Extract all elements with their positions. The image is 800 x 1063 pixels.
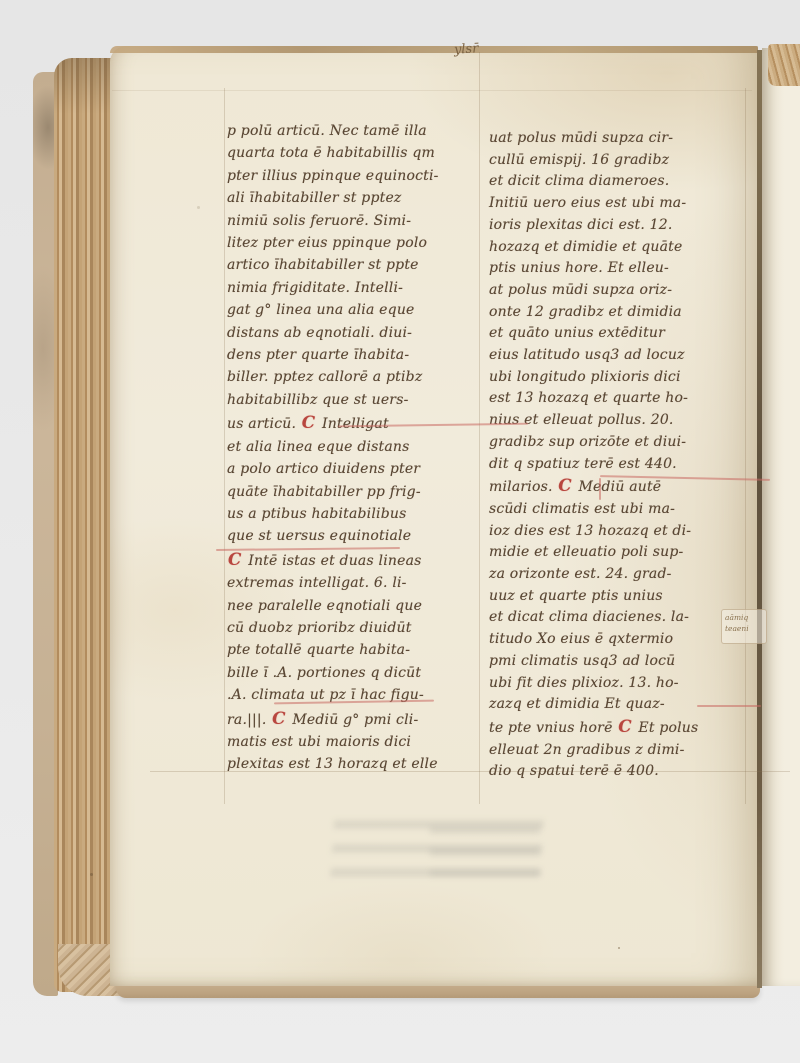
text-line: nee paralelle eqnotiali que bbox=[227, 595, 473, 617]
text-line: a polo artico diuidens pter bbox=[227, 458, 473, 480]
text-line: et quāto unius extēditur bbox=[489, 323, 751, 345]
text-line: nimiū solis feruorē. Simi- bbox=[227, 210, 473, 232]
text-line: gradibz sup orizōte et diui- bbox=[489, 432, 751, 454]
rubric-capitulum-mark: C bbox=[617, 716, 634, 736]
ruling-line-vertical-left bbox=[224, 88, 225, 804]
text-line: plexitas est 13 horazq et elle bbox=[227, 753, 473, 775]
parchment-speck bbox=[618, 947, 620, 949]
text-column-left: p polū articū. Nec tamē illaquarta tota … bbox=[227, 120, 473, 776]
rubric-capitulum-mark: C bbox=[271, 708, 288, 728]
text-line: dit q spatiuz terē est 440. bbox=[489, 454, 751, 476]
text-line: ioz dies est 13 hozazq et di- bbox=[489, 521, 751, 543]
text-line: quarta tota ē habitabillis qm bbox=[227, 142, 473, 164]
text-line: dens pter quarte īhabita- bbox=[227, 344, 473, 366]
marginal-note: aāmiq teaeni bbox=[721, 609, 767, 644]
text-line: et dicit clima diameroes. bbox=[489, 171, 751, 193]
text-line: et alia linea eque distans bbox=[227, 436, 473, 458]
text-line: p polū articū. Nec tamē illa bbox=[227, 120, 473, 142]
ruling-line-vertical-intercolumn bbox=[479, 52, 480, 804]
text-line: cullū emispij. 16 gradibz bbox=[489, 150, 751, 172]
text-line: pmi climatis usq3 ad locū bbox=[489, 651, 751, 673]
text-line: eius latitudo usq3 ad locuz bbox=[489, 345, 751, 367]
rubric-capitulum-mark: C bbox=[301, 412, 318, 432]
text-line: habitabillibz que st uers- bbox=[227, 389, 473, 411]
show-through-text bbox=[430, 826, 540, 876]
text-line: onte 12 gradibz et dimidia bbox=[489, 302, 751, 324]
rubric-underline bbox=[697, 705, 761, 707]
manuscript-photo: ylsr̄ p polū articū. Nec tamē illaquarta… bbox=[0, 0, 800, 1063]
parchment-speck bbox=[90, 873, 93, 876]
text-line: bille ī .A. portiones q dicūt bbox=[227, 662, 473, 684]
text-line: pte totallē quarte habita- bbox=[227, 639, 473, 661]
text-line: et dicat clima diacienes. la- bbox=[489, 607, 751, 629]
text-line: cū duobz prioribz diuidūt bbox=[227, 617, 473, 639]
text-line: extremas intelligat. 6. li- bbox=[227, 572, 473, 594]
text-line: us a ptibus habitabilibus bbox=[227, 503, 473, 525]
text-line: te pte vnius horē C Et polus bbox=[489, 716, 751, 740]
text-line: uuz et quarte ptis unius bbox=[489, 586, 751, 608]
text-line: ioris plexitas dici est. 12. bbox=[489, 215, 751, 237]
text-line: elleuat 2n gradibus z dimi- bbox=[489, 740, 751, 762]
page-fore-edge-stack bbox=[54, 58, 116, 992]
text-line: at polus mūdi supza oriz- bbox=[489, 280, 751, 302]
text-line: artico īhabitabiller st ppte bbox=[227, 254, 473, 276]
quire-mark: ylsr̄ bbox=[454, 41, 479, 57]
rubric-underline bbox=[599, 478, 601, 500]
text-column-right: uat polus mūdi supza cir-cullū emispij. … bbox=[489, 128, 751, 783]
ruling-line-horizontal-top bbox=[112, 90, 752, 91]
text-line: gat g° linea una alia eque bbox=[227, 299, 473, 321]
text-line: .A. climata ut pz ī hac figu- bbox=[227, 684, 473, 706]
text-line: que st uersus equinotiale bbox=[227, 525, 473, 547]
text-line: za orizonte est. 24. grad- bbox=[489, 564, 751, 586]
facing-page-edge-top bbox=[768, 44, 800, 86]
text-line: nius et elleuat pollus. 20. bbox=[489, 410, 751, 432]
text-line: pter illius ppinque equinocti- bbox=[227, 165, 473, 187]
text-line: est 13 hozazq et quarte ho- bbox=[489, 388, 751, 410]
text-line: titudo Xo eius ē qxtermio bbox=[489, 629, 751, 651]
text-line: uat polus mūdi supza cir- bbox=[489, 128, 751, 150]
text-line: Initiū uero eius est ubi ma- bbox=[489, 193, 751, 215]
text-line: scūdi climatis est ubi ma- bbox=[489, 499, 751, 521]
facing-page-sliver bbox=[762, 48, 800, 986]
marginal-note-line: aāmiq bbox=[725, 612, 765, 623]
text-line: biller. pptez callorē a ptibz bbox=[227, 366, 473, 388]
marginal-note-line: teaeni bbox=[725, 623, 765, 634]
text-line: ubi fit dies plixioz. 13. ho- bbox=[489, 673, 751, 695]
text-line: ali īhabitabiller st pptez bbox=[227, 187, 473, 209]
text-line: matis est ubi maioris dici bbox=[227, 731, 473, 753]
text-line: litez pter eius ppinque polo bbox=[227, 232, 473, 254]
text-line: nimia frigiditate. Intelli- bbox=[227, 277, 473, 299]
text-line: dio q spatui terē ē 400. bbox=[489, 761, 751, 783]
rubric-capitulum-mark: C bbox=[227, 549, 244, 569]
text-line: hozazq et dimidie et quāte bbox=[489, 237, 751, 259]
parchment-speck bbox=[197, 206, 200, 209]
text-line: C Intē istas et duas lineas bbox=[227, 548, 473, 572]
text-line: quāte īhabitabiller pp frig- bbox=[227, 481, 473, 503]
text-line: distans ab eqnotiali. diui- bbox=[227, 322, 473, 344]
rubric-capitulum-mark: C bbox=[557, 475, 574, 495]
text-line: ubi longitudo plixioris dici bbox=[489, 367, 751, 389]
text-line: ra.|||. C Mediū g° pmi cli- bbox=[227, 707, 473, 731]
text-line: ptis unius hore. Et elleu- bbox=[489, 258, 751, 280]
text-line: midie et elleuatio poli sup- bbox=[489, 542, 751, 564]
